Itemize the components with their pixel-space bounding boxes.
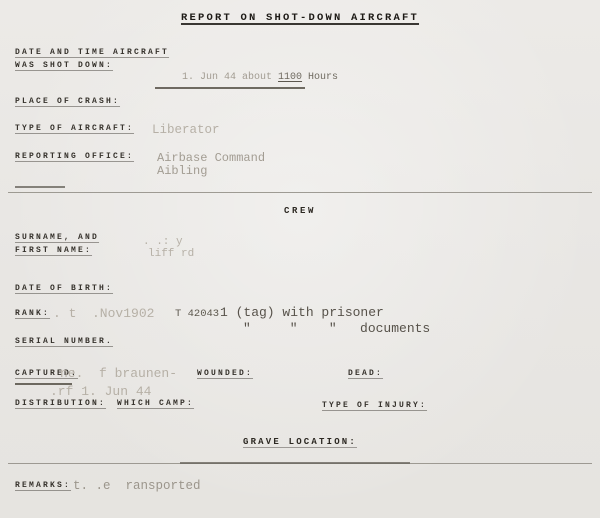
report-title: REPORT ON SHOT-DOWN AIRCRAFT [0, 12, 600, 24]
scanned-report-page: REPORT ON SHOT-DOWN AIRCRAFT DATE AND TI… [0, 0, 600, 518]
type-of-aircraft-value: Liberator [152, 123, 220, 137]
serial-number-label: SERIAL NUMBER. [15, 337, 113, 346]
type-of-aircraft-label: TYPE OF AIRCRAFT: [15, 124, 134, 133]
date-time-value: 1. Jun 44 about 1100 Hours [158, 61, 338, 94]
divider-pen-mark [15, 186, 65, 188]
crew-section-divider [8, 192, 592, 193]
dead-label: DEAD: [348, 369, 383, 378]
name-value-line1: . .: y [143, 236, 183, 248]
ditto-note: " " " documents [243, 321, 430, 336]
remarks-label: REMARKS: [15, 481, 71, 490]
serial-number-value: T 42043 [175, 308, 219, 320]
name-label-line1: SURNAME, AND [15, 233, 99, 242]
grave-location-label: GRAVE LOCATION: [0, 437, 600, 447]
date-time-value-hour: 1100 [278, 72, 302, 83]
captured-value-line2: .rf 1. Jun 44 [50, 384, 151, 399]
distribution-label: DISTRIBUTION: [15, 399, 106, 408]
remarks-divider-dark-segment [180, 462, 410, 464]
date-time-label-line1: DATE AND TIME AIRCRAFT [15, 48, 169, 57]
name-label-line2: FIRST NAME: [15, 246, 92, 255]
date-time-value-prefix: 1. Jun 44 about [182, 72, 278, 83]
tag-note: 1 (tag) with prisoner [220, 305, 384, 320]
which-camp-label: WHICH CAMP: [117, 399, 194, 408]
name-value-line2: liff rd [148, 248, 194, 260]
date-of-birth-label: DATE OF BIRTH: [15, 284, 113, 293]
reporting-office-label: REPORTING OFFICE: [15, 152, 134, 161]
place-of-crash-label: PLACE OF CRASH: [15, 97, 120, 106]
date-time-value-suffix: Hours [302, 72, 338, 83]
captured-value-line1: ne. f braunen- [60, 366, 177, 381]
rank-label: RANK: [15, 309, 50, 318]
date-time-label-line2: WAS SHOT DOWN: [15, 61, 113, 70]
reporting-office-value-line2: Aibling [157, 164, 207, 178]
reporting-office-value-line1: Airbase Command [157, 151, 265, 165]
type-of-injury-label: TYPE OF INJURY: [322, 401, 427, 410]
remarks-value: t. .e ransported [73, 479, 201, 493]
rank-value-faint: . t .Nov1902 [53, 306, 154, 321]
crew-section-header: CREW [0, 206, 600, 216]
wounded-label: WOUNDED: [197, 369, 253, 378]
date-value-underline [155, 87, 305, 89]
